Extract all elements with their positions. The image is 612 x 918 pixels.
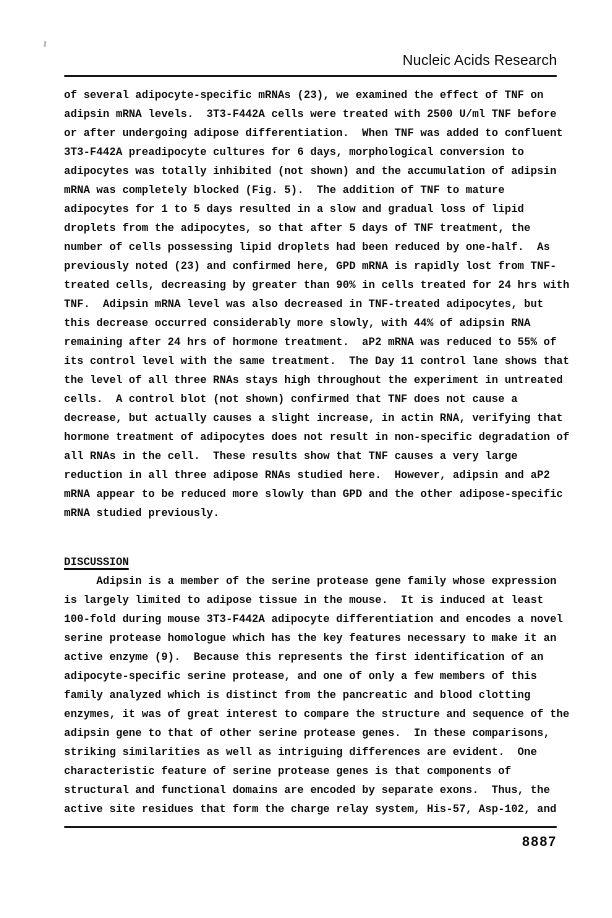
text-line: adipsin gene to that of other serine pro…: [64, 725, 584, 744]
text-line: Adipsin is a member of the serine protea…: [64, 573, 584, 592]
text-line: mRNA was completely blocked (Fig. 5). Th…: [64, 182, 584, 201]
text-line: decrease, but actually causes a slight i…: [64, 410, 584, 429]
text-line: 100-fold during mouse 3T3-F442A adipocyt…: [64, 611, 584, 630]
text-line: the level of all three RNAs stays high t…: [64, 372, 584, 391]
page-body: of several adipocyte-specific mRNAs (23)…: [64, 87, 584, 820]
text-line: remaining after 24 hrs of hormone treatm…: [64, 334, 584, 353]
text-line: family analyzed which is distinct from t…: [64, 687, 584, 706]
text-line: this decrease occurred considerably more…: [64, 315, 584, 334]
results-paragraph: of several adipocyte-specific mRNAs (23)…: [64, 87, 584, 524]
text-line: adipocyte-specific serine protease, and …: [64, 668, 584, 687]
footer-rule: [64, 826, 557, 828]
text-line: droplets from the adipocytes, so that af…: [64, 220, 584, 239]
text-line: or after undergoing adipose differentiat…: [64, 125, 584, 144]
text-line: TNF. Adipsin mRNA level was also decreas…: [64, 296, 584, 315]
header-rule: [64, 75, 557, 77]
discussion-heading: DISCUSSION: [64, 554, 584, 573]
text-line: previously noted (23) and confirmed here…: [64, 258, 584, 277]
text-line: hormone treatment of adipocytes does not…: [64, 429, 584, 448]
text-line: cells. A control blot (not shown) confir…: [64, 391, 584, 410]
page-number: 8887: [522, 834, 557, 849]
text-line: reduction in all three adipose RNAs stud…: [64, 467, 584, 486]
text-line: all RNAs in the cell. These results show…: [64, 448, 584, 467]
text-line: structural and functional domains are en…: [64, 782, 584, 801]
text-line: adipsin mRNA levels. 3T3-F442A cells wer…: [64, 106, 584, 125]
text-line: mRNA studied previously.: [64, 505, 584, 524]
text-line: active site residues that form the charg…: [64, 801, 584, 820]
text-line: mRNA appear to be reduced more slowly th…: [64, 486, 584, 505]
text-line: its control level with the same treatmen…: [64, 353, 584, 372]
journal-title: Nucleic Acids Research: [402, 53, 557, 69]
text-line: characteristic feature of serine proteas…: [64, 763, 584, 782]
text-line: active enzyme (9). Because this represen…: [64, 649, 584, 668]
text-line: treated cells, decreasing by greater tha…: [64, 277, 584, 296]
scan-artifact: [44, 41, 47, 47]
text-line: number of cells possessing lipid droplet…: [64, 239, 584, 258]
text-line: 3T3-F442A preadipocyte cultures for 6 da…: [64, 144, 584, 163]
discussion-paragraph: Adipsin is a member of the serine protea…: [64, 573, 584, 820]
text-line: enzymes, it was of great interest to com…: [64, 706, 584, 725]
text-line: of several adipocyte-specific mRNAs (23)…: [64, 87, 584, 106]
text-line: striking similarities as well as intrigu…: [64, 744, 584, 763]
text-line: is largely limited to adipose tissue in …: [64, 592, 584, 611]
text-line: adipocytes was totally inhibited (not sh…: [64, 163, 584, 182]
text-line: adipocytes for 1 to 5 days resulted in a…: [64, 201, 584, 220]
paper-page: Nucleic Acids Research of several adipoc…: [0, 0, 612, 918]
text-line: serine protease homologue which has the …: [64, 630, 584, 649]
